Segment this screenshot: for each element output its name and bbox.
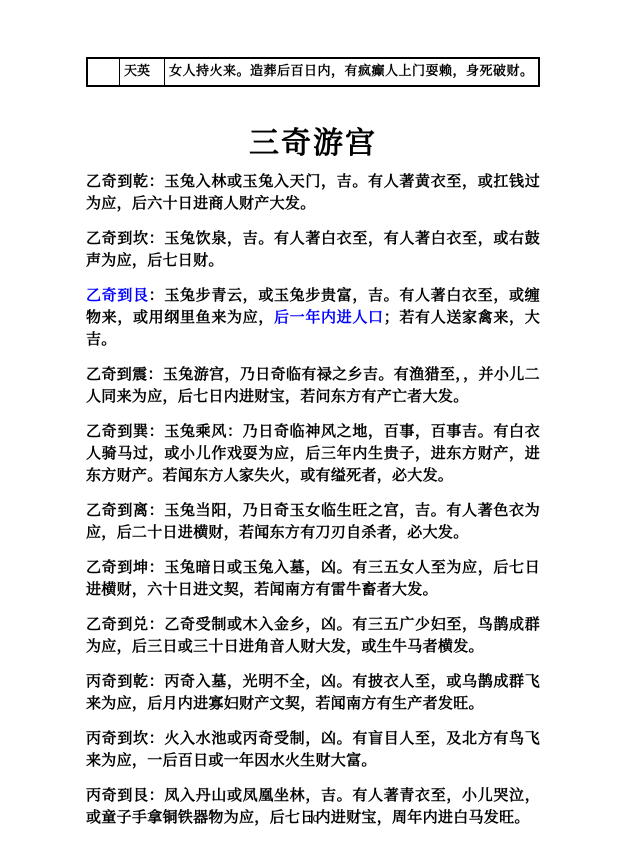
table-cell-star-name: 天英 xyxy=(120,58,165,86)
paragraph-text: 乙奇到离：玉兔当阳，乃日奇玉女临生旺之宫，吉。有人著色衣为应，后二十日进横财，若… xyxy=(86,501,540,541)
paragraph-text: 乙奇到坎：玉兔饮泉，吉。有人著白衣至，有人著白衣至，或右鼓声为应，后七日财。 xyxy=(86,229,540,269)
table-cell-description: 女人持火来。造葬后百日内，有疯癫人上门耍赖，身死破财。 xyxy=(165,58,540,86)
paragraph: 乙奇到坤：玉兔暗日或玉兔入墓，凶。有三五女人至为应，后七日进横财，六十日进文契，… xyxy=(86,556,540,600)
omen-table: 天英 女人持火来。造葬后百日内，有疯癫人上门耍赖，身死破财。 xyxy=(86,57,540,87)
highlighted-text: 后一年内进人口 xyxy=(274,308,384,326)
paragraph: 乙奇到巽：玉兔乘风：乃日奇临神风之地，百事，百事吉。有白衣人骑马过，或小儿作戏耍… xyxy=(86,420,540,486)
document-body: 乙奇到乾：玉兔入林或玉兔入天门，吉。有人著黄衣至，或扛钱过为应，后六十日进商人财… xyxy=(86,170,540,828)
paragraph: 乙奇到兑：乙奇受制或木入金乡，凶。有三五广少妇至，鸟鹊成群为应，后三日或三十日进… xyxy=(86,613,540,657)
highlighted-text: 乙奇到艮 xyxy=(86,286,149,304)
paragraph: 丙奇到坎：火入水池或丙奇受制，凶。有盲目人至，及北方有鸟飞来为应，一后百日或一年… xyxy=(86,727,540,771)
paragraph: 乙奇到艮：玉兔步青云，或玉兔步贵富，吉。有人著白衣至，或缠物来，或用纲里鱼来为应… xyxy=(86,284,540,350)
table-cell-blank xyxy=(87,58,120,86)
paragraph-text: 乙奇到震：玉兔游宫，乃日奇临有禄之乡吉。有渔猎至，，并小儿二人同来为应，后七日内… xyxy=(86,365,540,405)
page-number: 10 xyxy=(0,814,625,825)
paragraph: 乙奇到坎：玉兔饮泉，吉。有人著白衣至，有人著白衣至，或右鼓声为应，后七日财。 xyxy=(86,227,540,271)
paragraph-text: 丙奇到坎：火入水池或丙奇受制，凶。有盲目人至，及北方有鸟飞来为应，一后百日或一年… xyxy=(86,729,540,769)
paragraph-text: 乙奇到乾：玉兔入林或玉兔入天门，吉。有人著黄衣至，或扛钱过为应，后六十日进商人财… xyxy=(86,172,540,212)
paragraph: 乙奇到乾：玉兔入林或玉兔入天门，吉。有人著黄衣至，或扛钱过为应，后六十日进商人财… xyxy=(86,170,540,214)
paragraph-text: 丙奇到乾：丙奇入墓，光明不全，凶。有披衣人至，或乌鹊成群飞来为应，后月内进寡妇财… xyxy=(86,672,540,712)
paragraph: 丙奇到乾：丙奇入墓，光明不全，凶。有披衣人至，或乌鹊成群飞来为应，后月内进寡妇财… xyxy=(86,670,540,714)
paragraph: 乙奇到离：玉兔当阳，乃日奇玉女临生旺之宫，吉。有人著色衣为应，后二十日进横财，若… xyxy=(86,499,540,543)
paragraph-text: 乙奇到坤：玉兔暗日或玉兔入墓，凶。有三五女人至为应，后七日进横财，六十日进文契，… xyxy=(86,558,540,598)
paragraph-text: 乙奇到兑：乙奇受制或木入金乡，凶。有三五广少妇至，鸟鹊成群为应，后三日或三十日进… xyxy=(86,615,540,655)
table-row: 天英 女人持火来。造葬后百日内，有疯癫人上门耍赖，身死破财。 xyxy=(87,58,539,86)
page-title: 三奇游宫 xyxy=(86,128,540,160)
paragraph-text: 乙奇到巽：玉兔乘风：乃日奇临神风之地，百事，百事吉。有白衣人骑马过，或小儿作戏耍… xyxy=(86,422,540,484)
paragraph: 乙奇到震：玉兔游宫，乃日奇临有禄之乡吉。有渔猎至，，并小儿二人同来为应，后七日内… xyxy=(86,363,540,407)
document-page: 天英 女人持火来。造葬后百日内，有疯癫人上门耍赖，身死破财。 三奇游宫 乙奇到乾… xyxy=(0,0,625,866)
